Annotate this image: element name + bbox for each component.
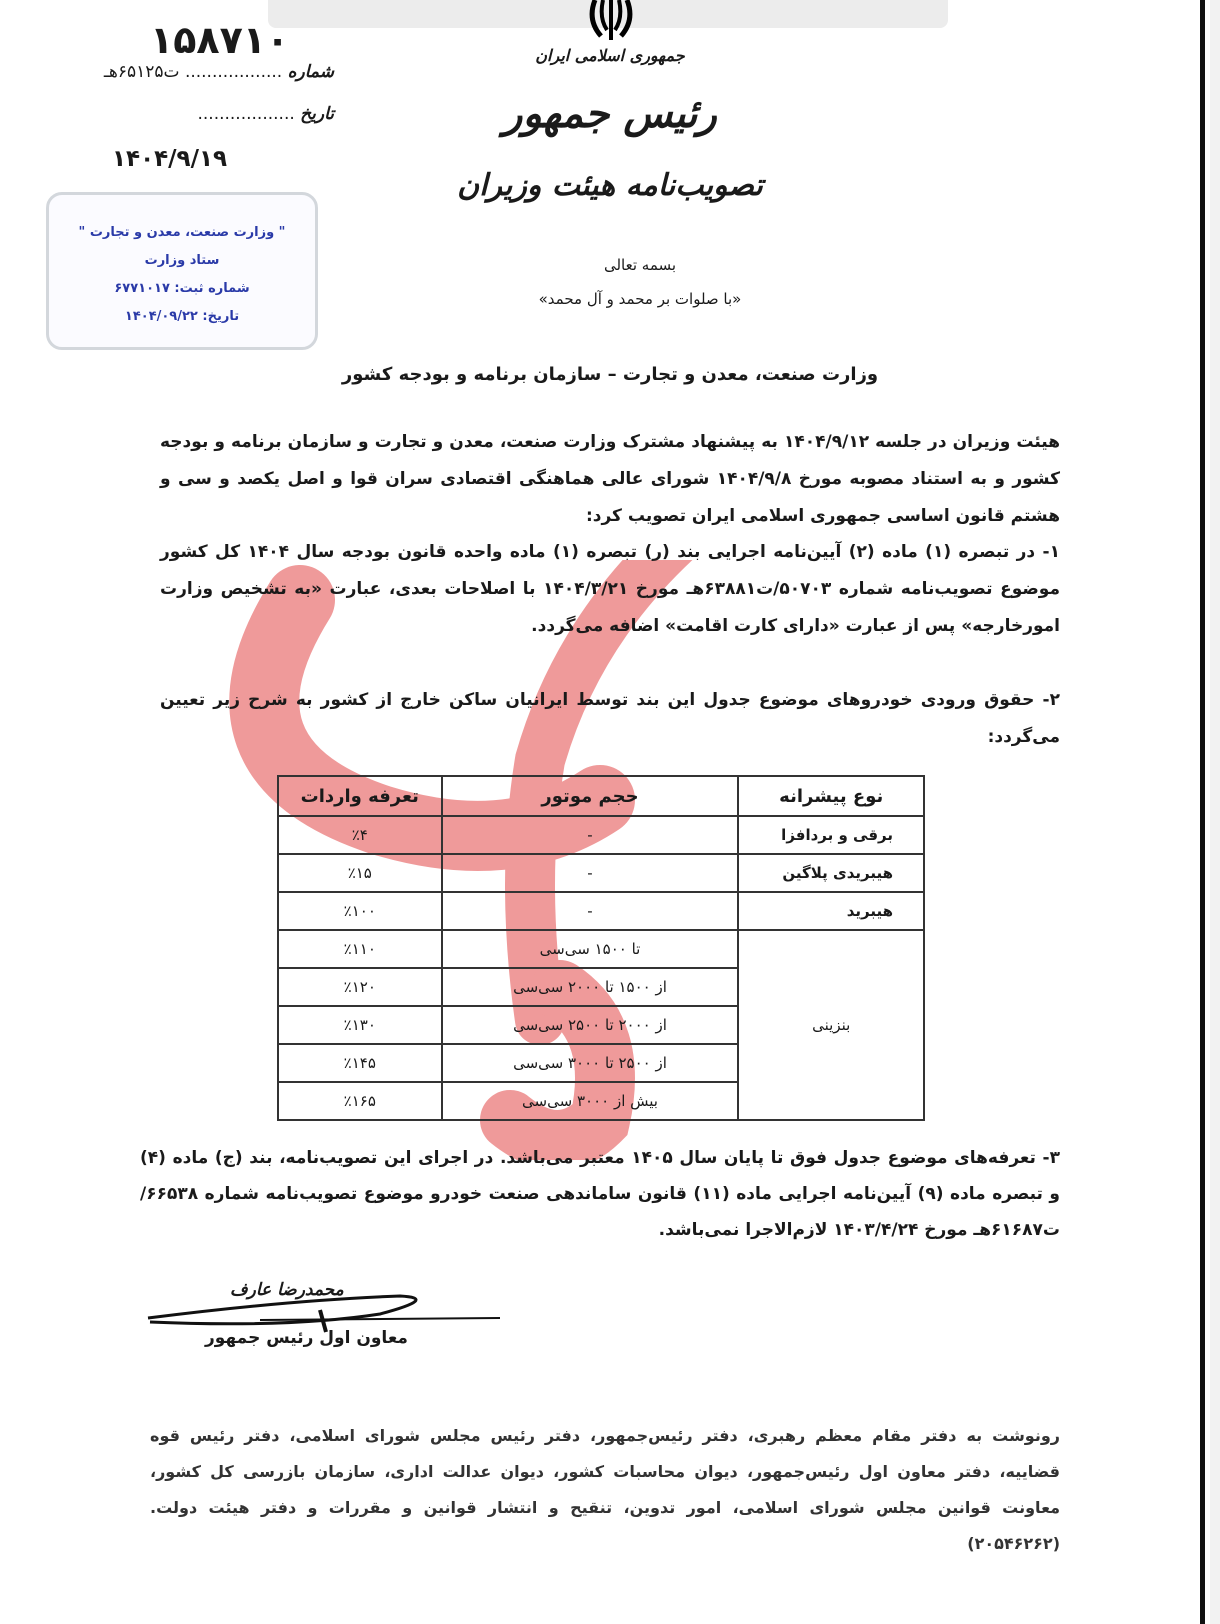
engine-size: - [442,854,739,892]
stamp-ministry: " وزارت صنعت، معدن و تجارت " [49,219,315,247]
engine-size: از ۲۰۰۰ تا ۲۵۰۰ سی‌سی [442,1006,739,1044]
tariff-rate: ٪۱۴۵ [278,1044,442,1082]
engine-size: - [442,816,739,854]
tariff-rate: ٪۱۶۵ [278,1082,442,1120]
tariff-rate: ٪۱۱۰ [278,930,442,968]
number-field: شماره .................. ت۶۵۱۲۵هـ [44,62,334,82]
carbon-copy-list: رونوشت به دفتر مقام معظم رهبری، دفتر رئی… [150,1418,1060,1562]
tariff-rate: ٪۱۵ [278,854,442,892]
date-label: تاریخ [300,104,334,124]
presidency-title: رئیس جمهور [430,90,790,137]
stamp-unit: ستاد وزارت [49,247,315,275]
table-row: هیبرید - ٪۱۰۰ [278,892,924,930]
handwritten-date: ۱۴۰۴/۹/۱۹ [112,146,227,172]
number-value: ت۶۵۱۲۵هـ [104,62,180,82]
handwritten-document-number: ۱۵۸۷۱۰ [150,18,289,62]
salavat-line: «با صلوات بر محمد و آل محمد» [380,290,900,308]
header-engine-size: حجم موتور [442,776,739,816]
engine-type: هیبریدی پلاگین [738,854,924,892]
tariff-rate: ٪۱۲۰ [278,968,442,1006]
stamp-registration: شماره ثبت: ۶۷۷۱۰۱۷ [49,275,315,303]
engine-size: تا ۱۵۰۰ سی‌سی [442,930,739,968]
page-border-line [1200,0,1205,1624]
engine-type: بنزینی [738,930,924,1120]
addressee: وزارت صنعت، معدن و تجارت – سازمان برنامه… [250,364,970,385]
engine-size: بیش از ۳۰۰۰ سی‌سی [442,1082,739,1120]
table-row: هیبریدی پلاگین - ٪۱۵ [278,854,924,892]
clause-2: ۲- حقوق ورودی خودروهای موضوع جدول این بن… [160,682,1060,756]
engine-size: - [442,892,739,930]
signatory-name: محمدرضا عارف [230,1280,344,1300]
engine-size: از ۲۵۰۰ تا ۳۰۰۰ سی‌سی [442,1044,739,1082]
iran-emblem-icon [585,0,637,42]
tariff-rate: ٪۱۰۰ [278,892,442,930]
tariff-rate: ٪۱۳۰ [278,1006,442,1044]
date-dots: .................. [197,104,294,124]
table-row: برقی و بردافزا - ٪۴ [278,816,924,854]
page-edge [1210,0,1220,1624]
date-field: تاریخ .................. [130,104,334,124]
signatory-title: معاون اول رئیس جمهور [205,1328,408,1348]
ministry-receipt-stamp: " وزارت صنعت، معدن و تجارت " ستاد وزارت … [46,192,318,350]
engine-type: برقی و بردافزا [738,816,924,854]
header-import-tariff: تعرفه واردات [278,776,442,816]
number-dots: .................. [185,62,282,82]
cabinet-resolution-title: تصویب‌نامه هیئت وزیران [430,168,790,203]
table-header-row: نوع پیشرانه حجم موتور تعرفه واردات [278,776,924,816]
bismillah: بسمه تعالی [380,256,900,274]
header-engine-type: نوع پیشرانه [738,776,924,816]
engine-size: از ۱۵۰۰ تا ۲۰۰۰ سی‌سی [442,968,739,1006]
islamic-republic-title: جمهوری اسلامی ایران [430,46,790,65]
clause-1: ۱- در تبصره (۱) ماده (۲) آیین‌نامه اجرای… [160,534,1060,645]
table-row: بنزینی تا ۱۵۰۰ سی‌سی ٪۱۱۰ [278,930,924,968]
resolution-intro: هیئت وزیران در جلسه ۱۴۰۴/۹/۱۲ به پیشنهاد… [160,424,1060,535]
tariff-rate: ٪۴ [278,816,442,854]
stamp-date: تاریخ: ۱۴۰۴/۰۹/۲۲ [49,303,315,331]
clause-3: ۳- تعرفه‌های موضوع جدول فوق تا پایان سال… [140,1140,1060,1248]
engine-type: هیبرید [738,892,924,930]
number-label: شماره [288,62,334,82]
import-tariff-table: نوع پیشرانه حجم موتور تعرفه واردات برقی … [277,775,925,1121]
